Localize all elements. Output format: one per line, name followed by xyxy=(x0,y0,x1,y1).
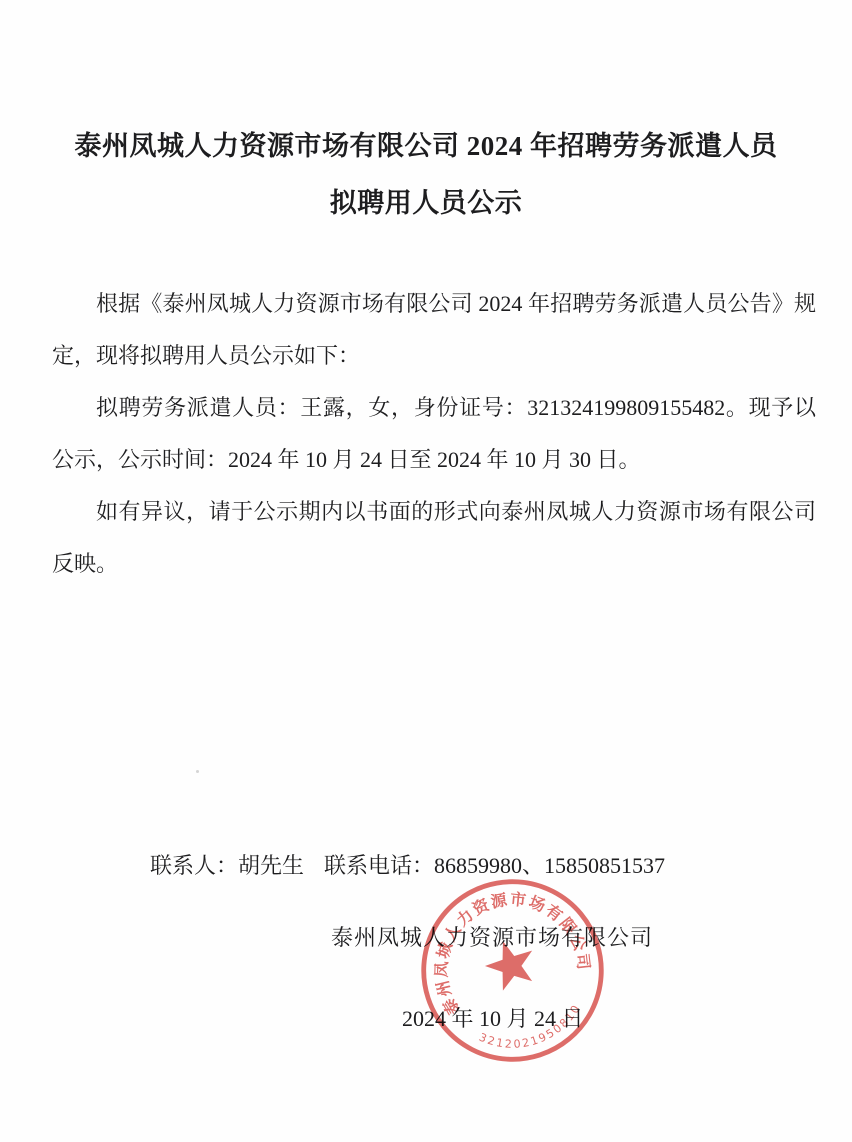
document-page: 泰州凤城人力资源市场有限公司 2024 年招聘劳务派遣人员 拟聘用人员公示 根据… xyxy=(0,0,852,1142)
scan-speck xyxy=(196,770,199,773)
contact-person-label: 联系人： xyxy=(150,853,238,878)
company-seal: 泰州凤城人力资源市场有限公司 3212021950810 xyxy=(416,874,609,1067)
contact-person: 胡先生 xyxy=(238,853,304,878)
paragraph-candidate-info: 拟聘劳务派遣人员：王露，女，身份证号：321324199809155482。现予… xyxy=(52,382,816,486)
title-line-2: 拟聘用人员公示 xyxy=(0,175,852,232)
seal-star-icon xyxy=(479,933,541,993)
paragraph-basis: 根据《泰州凤城人力资源市场有限公司 2024 年招聘劳务派遣人员公告》规定，现将… xyxy=(52,278,816,382)
document-title: 泰州凤城人力资源市场有限公司 2024 年招聘劳务派遣人员 拟聘用人员公示 xyxy=(0,118,852,232)
title-line-1: 泰州凤城人力资源市场有限公司 2024 年招聘劳务派遣人员 xyxy=(0,118,852,175)
document-body: 根据《泰州凤城人力资源市场有限公司 2024 年招聘劳务派遣人员公告》规定，现将… xyxy=(52,278,816,590)
paragraph-objection: 如有异议，请于公示期内以书面的形式向泰州凤城人力资源市场有限公司反映。 xyxy=(52,486,816,590)
